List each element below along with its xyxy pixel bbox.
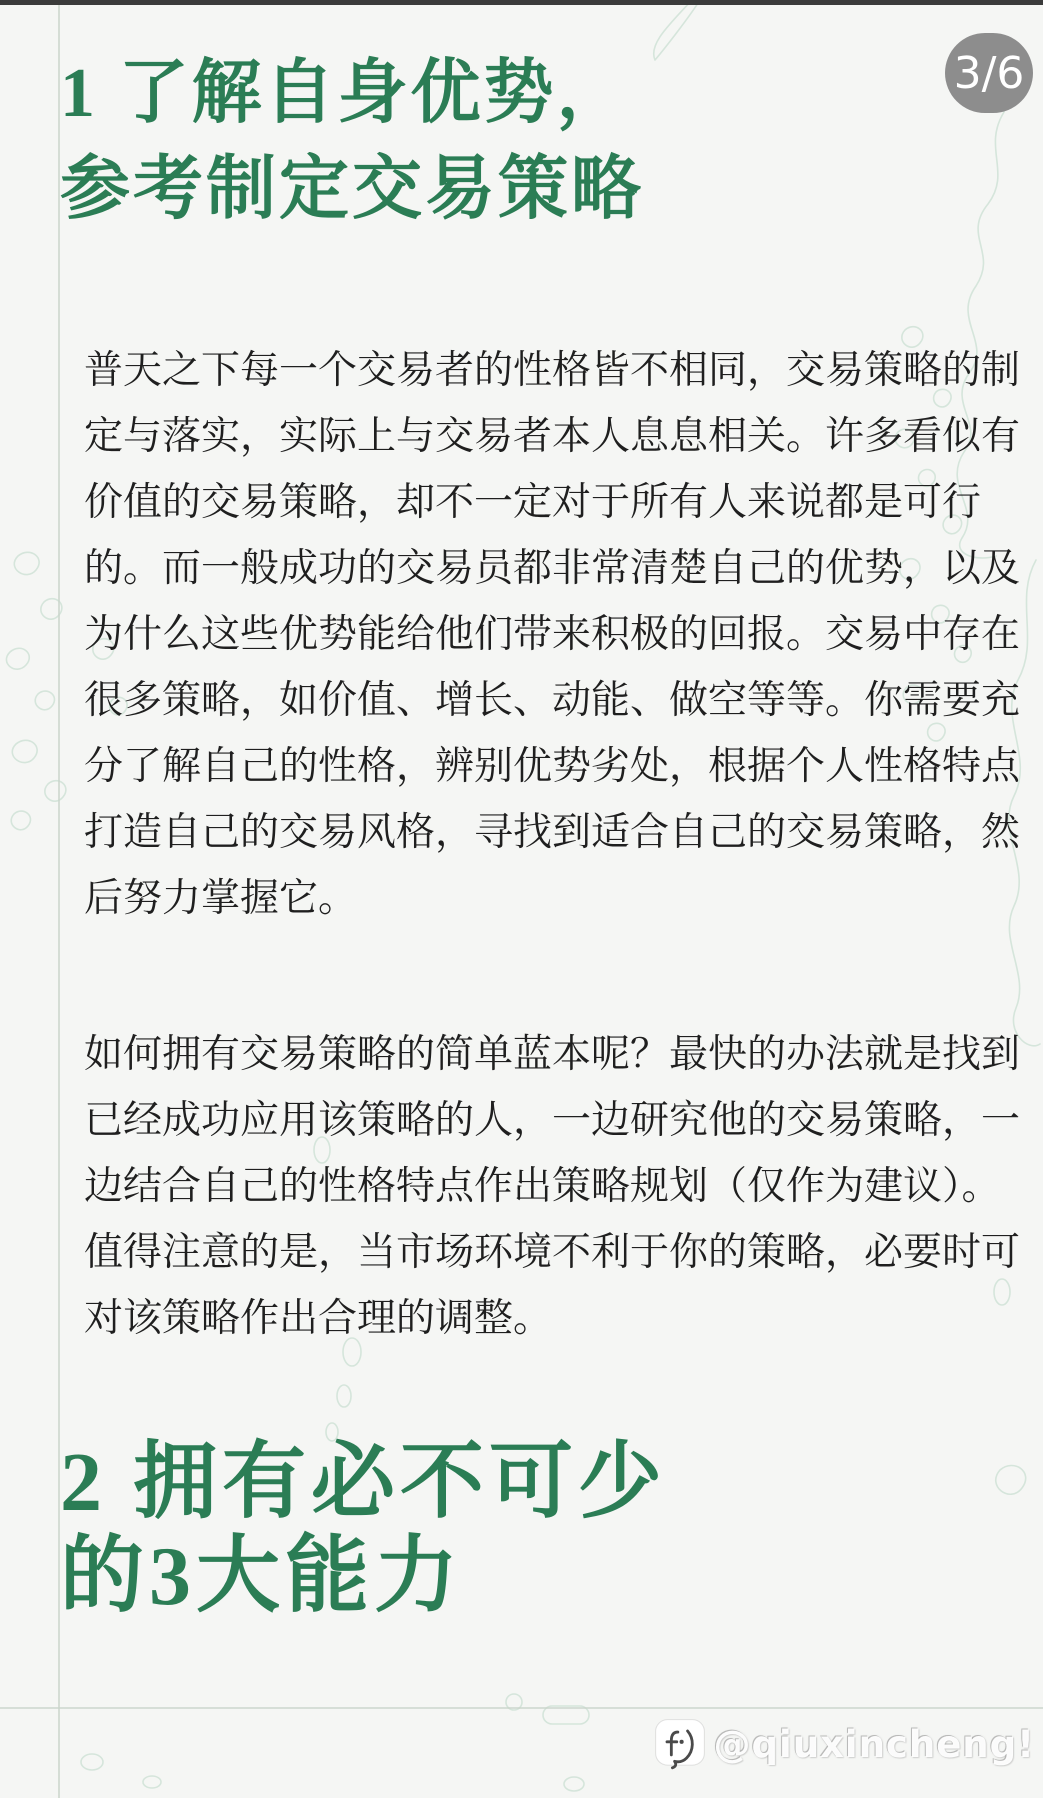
body-line: 如何拥有交易策略的简单蓝本呢？最快的办法就是找到 <box>84 1022 1034 1088</box>
body-line: 很多策略，如价值、增长、动能、做空等等。你需要充 <box>84 668 1034 734</box>
body-line: 对该策略作出合理的调整。 <box>84 1286 1034 1352</box>
chat-bubble-f-icon <box>654 1718 706 1770</box>
body-line: 定与落实，实际上与交易者本人息息相关。许多看似有 <box>84 404 1034 470</box>
body-line: 普天之下每一个交易者的性格皆不相同，交易策略的制 <box>84 338 1034 404</box>
watermark-handle: @qiuxincheng! <box>714 1723 1035 1766</box>
section-1-heading: 1 了解自身优势， 参考制定交易策略 <box>60 46 644 238</box>
watermark: @qiuxincheng! <box>654 1718 1035 1770</box>
paragraph-1: 普天之下每一个交易者的性格皆不相同，交易策略的制 定与落实，实际上与交易者本人息… <box>84 338 1034 932</box>
body-line: 为什么这些优势能给他们带来积极的回报。交易中存在 <box>84 602 1034 668</box>
body-line: 值得注意的是，当市场环境不利于你的策略，必要时可 <box>84 1220 1034 1286</box>
body-line: 已经成功应用该策略的人，一边研究他的交易策略，一 <box>84 1088 1034 1154</box>
body-line: 价值的交易策略，却不一定对于所有人来说都是可行 <box>84 470 1034 536</box>
bottom-guide-line <box>0 1707 1043 1709</box>
content-card: 3/6 1 了解自身优势， 参考制定交易策略 普天之下每一个交易者的性格皆不相同… <box>0 0 1043 1798</box>
top-bar <box>0 0 1043 5</box>
section-2-heading-line-2: 的3大能力 <box>60 1530 667 1624</box>
section-2-heading: 2 拥有必不可少 的3大能力 <box>60 1436 667 1624</box>
body-line: 的。而一般成功的交易员都非常清楚自己的优势，以及 <box>84 536 1034 602</box>
paragraph-2: 如何拥有交易策略的简单蓝本呢？最快的办法就是找到 已经成功应用该策略的人，一边研… <box>84 1022 1034 1352</box>
section-1-heading-line-2: 参考制定交易策略 <box>60 142 644 238</box>
section-1-heading-line-1: 1 了解自身优势， <box>60 46 644 142</box>
body-line: 打造自己的交易风格，寻找到适合自己的交易策略，然 <box>84 800 1034 866</box>
body-line: 分了解自己的性格，辨别优势劣处，根据个人性格特点 <box>84 734 1034 800</box>
section-2-heading-line-1: 2 拥有必不可少 <box>60 1436 667 1530</box>
page-indicator-badge: 3/6 <box>945 33 1033 113</box>
body-line: 边结合自己的性格特点作出策略规划（仅作为建议）。 <box>84 1154 1034 1220</box>
body-line: 后努力掌握它。 <box>84 866 1034 932</box>
